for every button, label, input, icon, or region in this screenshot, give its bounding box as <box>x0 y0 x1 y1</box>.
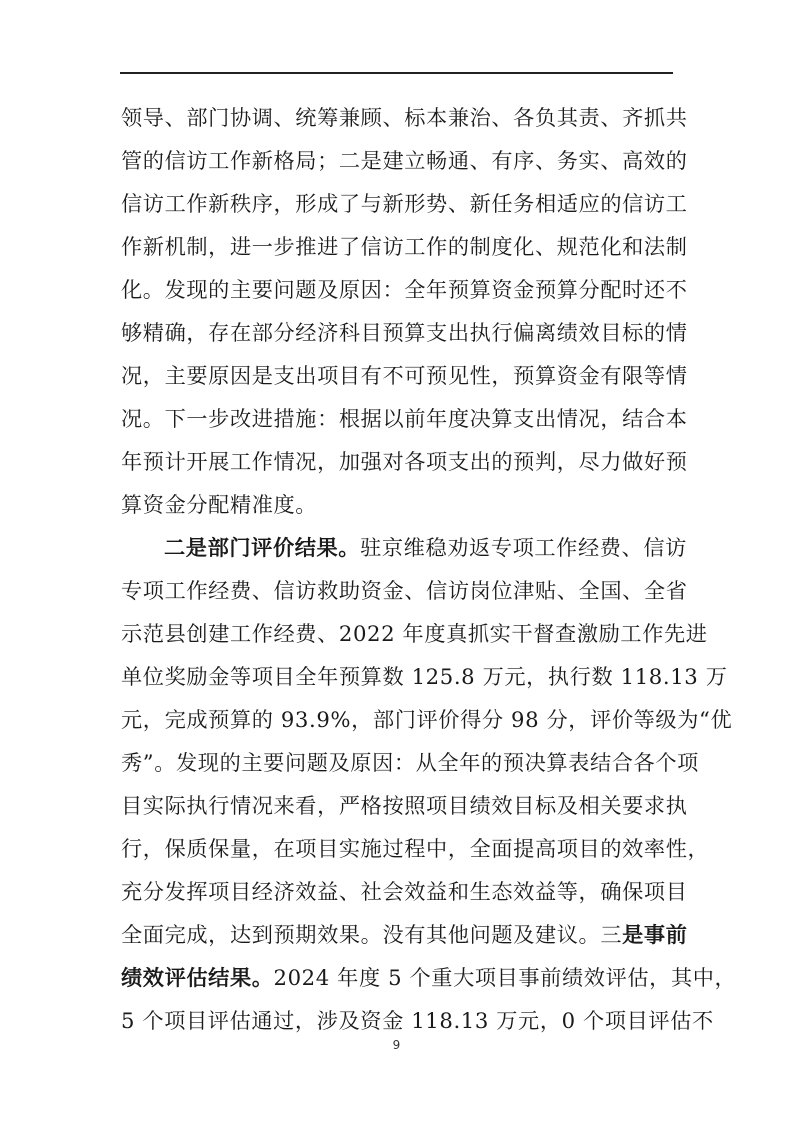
body-text-segment: 单位奖励金等项目全年预算数 125.8 万元，执行数 118.13 万 <box>121 664 727 689</box>
page-number: 9 <box>0 1038 793 1052</box>
body-text-segment: 2024 年度 5 个重大项目事前绩效评估，其中， <box>274 965 737 990</box>
text-line: 管的信访工作新格局；二是建立畅通、有序、务实、高效的 <box>121 139 673 182</box>
text-line: 秀”。发现的主要问题及原因：从全年的预决算表结合各个项 <box>121 741 673 784</box>
body-text-segment: 领导、部门协调、统筹兼顾、标本兼治、各负其责、齐抓共 <box>121 105 687 130</box>
text-line: 化。发现的主要问题及原因：全年预算资金预算分配时还不 <box>121 268 673 311</box>
bold-heading-text: 是事前 <box>622 922 687 947</box>
header-rule <box>120 72 673 74</box>
text-line: 二是部门评价结果。驻京维稳劝返专项工作经费、信访 <box>121 526 673 569</box>
text-line: 况，主要原因是支出项目有不可预见性，预算资金有限等情 <box>121 354 673 397</box>
text-line: 单位奖励金等项目全年预算数 125.8 万元，执行数 118.13 万 <box>121 655 673 698</box>
text-line: 年预计开展工作情况，加强对各项支出的预判，尽力做好预 <box>121 440 673 483</box>
text-line: 况。下一步改进措施：根据以前年度决算支出情况，结合本 <box>121 397 673 440</box>
document-body: 领导、部门协调、统筹兼顾、标本兼治、各负其责、齐抓共管的信访工作新格局；二是建立… <box>121 96 673 1042</box>
body-text-segment: 秀”。发现的主要问题及原因：从全年的预决算表结合各个项 <box>121 750 699 775</box>
text-line: 够精确，存在部分经济科目预算支出执行偏离绩效目标的情 <box>121 311 673 354</box>
body-text-segment: 目实际执行情况来看，严格按照项目绩效目标及相关要求执 <box>121 793 687 818</box>
text-line: 示范县创建工作经费、2022 年度真抓实干督查激励工作先进 <box>121 612 673 655</box>
text-line: 领导、部门协调、统筹兼顾、标本兼治、各负其责、齐抓共 <box>121 96 673 139</box>
body-text-segment: 驻京维稳劝返专项工作经费、信访 <box>360 535 687 560</box>
text-line: 作新机制，进一步推进了信访工作的制度化、规范化和法制 <box>121 225 673 268</box>
body-text-segment: 管的信访工作新格局；二是建立畅通、有序、务实、高效的 <box>121 148 687 173</box>
body-text-segment: 示范县创建工作经费、2022 年度真抓实干督查激励工作先进 <box>121 621 708 646</box>
body-text-segment: 化。发现的主要问题及原因：全年预算资金预算分配时还不 <box>121 277 687 302</box>
body-text-segment: 元，完成预算的 93.9%，部门评价得分 98 分，评价等级为“优 <box>121 707 732 732</box>
body-text-segment: 信访工作新秩序，形成了与新形势、新任务相适应的信访工 <box>121 191 687 216</box>
text-line: 5 个项目评估通过，涉及资金 118.13 万元，0 个项目评估不 <box>121 999 673 1042</box>
text-line: 绩效评估结果。2024 年度 5 个重大项目事前绩效评估，其中， <box>121 956 673 999</box>
body-text-segment: 况。下一步改进措施：根据以前年度决算支出情况，结合本 <box>121 406 687 431</box>
body-text-segment: 算资金分配精准度。 <box>121 492 317 517</box>
text-line: 全面完成，达到预期效果。没有其他问题及建议。三是事前 <box>121 913 673 956</box>
bold-heading-text: 绩效评估结果。 <box>121 965 274 990</box>
text-line: 算资金分配精准度。 <box>121 483 673 526</box>
text-line: 行，保质保量，在项目实施过程中，全面提高项目的效率性， <box>121 827 673 870</box>
text-line: 元，完成预算的 93.9%，部门评价得分 98 分，评价等级为“优 <box>121 698 673 741</box>
text-line: 专项工作经费、信访救助资金、信访岗位津贴、全国、全省 <box>121 569 673 612</box>
bold-heading-text: 二是部门评价结果。 <box>164 535 360 560</box>
body-text-segment: 作新机制，进一步推进了信访工作的制度化、规范化和法制 <box>121 234 687 259</box>
text-line: 信访工作新秩序，形成了与新形势、新任务相适应的信访工 <box>121 182 673 225</box>
body-text-segment: 够精确，存在部分经济科目预算支出执行偏离绩效目标的情 <box>121 320 687 345</box>
body-text-segment: 充分发挥项目经济效益、社会效益和生态效益等，确保项目 <box>121 879 687 904</box>
body-text-segment: 5 个项目评估通过，涉及资金 118.13 万元，0 个项目评估不 <box>121 1008 714 1033</box>
body-text-segment: 况，主要原因是支出项目有不可预见性，预算资金有限等情 <box>121 363 687 388</box>
body-text-segment: 行，保质保量，在项目实施过程中，全面提高项目的效率性， <box>121 836 709 861</box>
body-text-segment: 专项工作经费、信访救助资金、信访岗位津贴、全国、全省 <box>121 578 687 603</box>
body-text-segment: 全面完成，达到预期效果。没有其他问题及建议。三 <box>121 922 622 947</box>
body-text-segment: 年预计开展工作情况，加强对各项支出的预判，尽力做好预 <box>121 449 687 474</box>
text-line: 充分发挥项目经济效益、社会效益和生态效益等，确保项目 <box>121 870 673 913</box>
text-line: 目实际执行情况来看，严格按照项目绩效目标及相关要求执 <box>121 784 673 827</box>
